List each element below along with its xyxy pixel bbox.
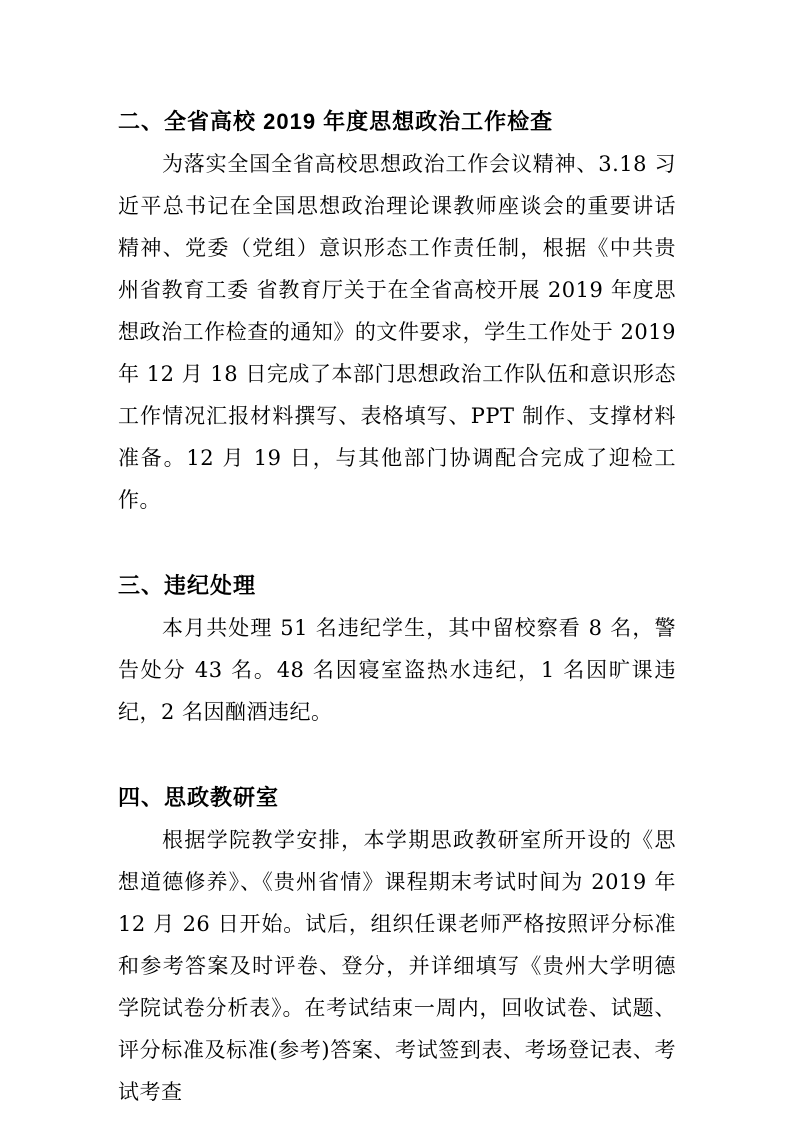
- document-page: 二、全省高校 2019 年度思想政治工作检查 为落实全国全省高校思想政治工作会议…: [0, 0, 793, 1122]
- section-provincial-inspection: 二、全省高校 2019 年度思想政治工作检查 为落实全国全省高校思想政治工作会议…: [118, 100, 676, 521]
- section-paragraph: 为落实全国全省高校思想政治工作会议精神、3.18 习近平总书记在全国思想政治理论…: [118, 143, 676, 521]
- section-discipline-handling: 三、违纪处理 本月共处理 51 名违纪学生，其中留校察看 8 名，警告处分 43…: [118, 564, 676, 733]
- section-paragraph: 本月共处理 51 名违纪学生，其中留校察看 8 名，警告处分 43 名。48 名…: [118, 607, 676, 733]
- section-paragraph: 根据学院教学安排，本学期思政教研室所开设的《思想道德修养》、《贵州省情》课程期末…: [118, 819, 676, 1113]
- section-ideology-teaching-office: 四、思政教研室 根据学院教学安排，本学期思政教研室所开设的《思想道德修养》、《贵…: [118, 776, 676, 1113]
- section-heading-4: 四、思政教研室: [118, 776, 676, 819]
- section-heading-2: 二、全省高校 2019 年度思想政治工作检查: [118, 100, 676, 143]
- section-heading-3: 三、违纪处理: [118, 564, 676, 607]
